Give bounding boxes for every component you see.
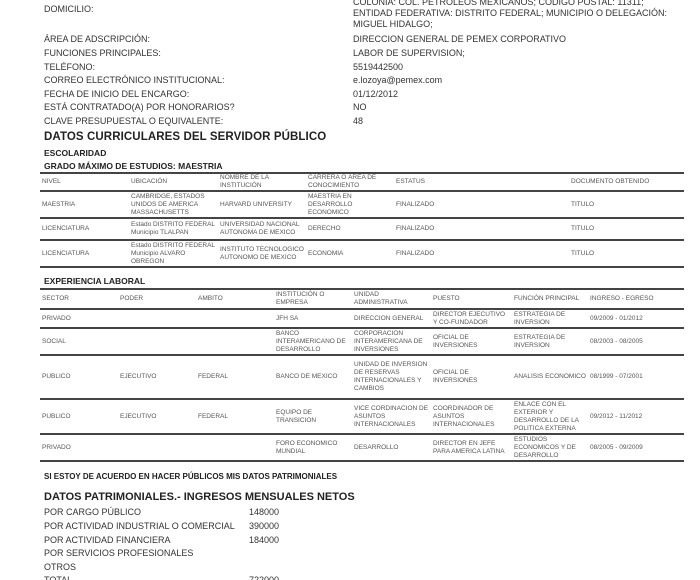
income-label: POR ACTIVIDAD FINANCIERA: [44, 535, 171, 545]
cell: [482, 240, 569, 267]
column-header: AMBITO: [196, 289, 274, 309]
column-header: SECTOR: [40, 289, 118, 309]
cell: EQUIPO DE TRANSICION: [274, 399, 352, 434]
subsection-escolaridad: ESCOLARIDAD: [44, 148, 106, 158]
cell: [118, 328, 196, 355]
column-header: CARRERA O ÁREA DE CONOCIMIENTO: [306, 173, 394, 191]
cell: [196, 309, 274, 328]
cell: CORPORACION INTERAMERICANA DE INVERSIONE…: [352, 328, 431, 355]
field-value-clave: 48: [353, 116, 363, 127]
table-header-row: SECTOR PODER AMBITO INSTITUCIÓN O EMPRES…: [40, 289, 684, 309]
cell: DERECHO: [306, 218, 394, 240]
column-header: DOCUMENTO OBTENIDO: [569, 173, 684, 191]
table-header-row: NIVEL UBICACIÓN NOMBRE DE LA INSTITUCIÓN…: [40, 173, 684, 191]
cell: [482, 218, 569, 240]
column-header: INSTITUCIÓN O EMPRESA: [274, 289, 352, 309]
section-title-patrimonial: DATOS PATRIMONIALES.- INGRESOS MENSUALES…: [44, 491, 355, 503]
cell: DESARROLLO: [352, 434, 431, 461]
column-header: ESTATUS: [394, 173, 482, 191]
field-value-funciones: LABOR DE SUPERVISION;: [353, 48, 465, 59]
cell: PUBLICO: [40, 399, 118, 434]
income-total-label: TOTAL: [44, 575, 72, 580]
cell: [482, 191, 569, 218]
degree-heading: GRADO MÁXIMO DE ESTUDIOS: MAESTRIA: [44, 161, 223, 171]
field-value-area: DIRECCION GENERAL DE PEMEX CORPORATIVO: [353, 34, 566, 45]
field-label-honorarios: ESTÁ CONTRATADO(A) POR HONORARIOS?: [44, 102, 235, 112]
cell: ESTRATEGIA DE INVERSION: [512, 309, 588, 328]
cell: COORDINADOR DE ASUNTOS INTERNACIONALES: [431, 399, 512, 434]
cell: HARVARD UNIVERSITY: [218, 191, 306, 218]
field-label-domicilio: DOMICILIO:: [44, 4, 94, 14]
income-total-value: 722000: [249, 575, 279, 580]
cell: TITULO: [569, 191, 684, 218]
table-row: PRIVADO FORO ECONOMICO MUNDIAL DESARROLL…: [40, 434, 684, 461]
cell: ECONOMIA: [306, 240, 394, 267]
cell: PRIVADO: [40, 434, 118, 461]
cell: UNIVERSIDAD NACIONAL AUTONOMA DE MEXICO: [218, 218, 306, 240]
cell: INSTITUTO TECNOLOGICO AUTONOMO DE MEXICO: [218, 240, 306, 267]
cell: FINALIZADO: [394, 218, 482, 240]
column-header: FUNCIÓN PRINCIPAL: [512, 289, 588, 309]
section-title-experience: EXPERIENCIA LABORAL: [44, 276, 145, 286]
cell: OFICIAL DE INVERSIONES: [431, 328, 512, 355]
cell: BANCO DE MEXICO: [274, 355, 352, 399]
income-label: OTROS: [44, 562, 76, 572]
cell: Estado DISTRITO FEDERAL Municipio ALVARO…: [129, 240, 218, 267]
field-value-domicilio: COLONIA: COL. PETROLEOS MEXICANOS; CODIG…: [353, 0, 667, 30]
cell: PUBLICO: [40, 355, 118, 399]
cell: TITULO: [569, 240, 684, 267]
cell: LICENCIATURA: [40, 240, 129, 267]
field-label-area: ÁREA DE ADSCRIPCIÓN:: [44, 34, 150, 44]
column-header: UBICACIÓN: [129, 173, 218, 191]
domicilio-line: ENTIDAD FEDERATIVA: DISTRITO FEDERAL; MU…: [353, 8, 667, 19]
field-label-funciones: FUNCIONES PRINCIPALES:: [44, 48, 161, 58]
field-label-fecha: FECHA DE INICIO DEL ENCARGO:: [44, 89, 189, 99]
cell: ANALISIS ECONOMICO: [512, 355, 588, 399]
table-row: PUBLICO EJECUTIVO FEDERAL BANCO DE MEXIC…: [40, 355, 684, 399]
cell: DIRECTOR EN JEFE PARA AMERICA LATINA: [431, 434, 512, 461]
field-value-fecha: 01/12/2012: [353, 89, 398, 100]
cell: TITULO: [569, 218, 684, 240]
table-row: SOCIAL BANCO INTERAMERICANO DE DESARROLL…: [40, 328, 684, 355]
cell: [196, 434, 274, 461]
field-value-telefono: 5519442500: [353, 62, 403, 73]
cell: ESTUDIOS ECONOMICOS Y DE DESARROLLO: [512, 434, 588, 461]
cell: DIRECCION GENERAL: [352, 309, 431, 328]
cell: EJECUTIVO: [118, 355, 196, 399]
cell: SOCIAL: [40, 328, 118, 355]
cell: 08/2003 - 08/2005: [588, 328, 684, 355]
cell: ESTRATEGIA DE INVERSION: [512, 328, 588, 355]
cell: PRIVADO: [40, 309, 118, 328]
income-label: POR SERVICIOS PROFESIONALES: [44, 548, 193, 558]
income-value: 390000: [249, 521, 279, 531]
cell: ENLACE CON EL EXTERIOR Y DESARROLLO DE L…: [512, 399, 588, 434]
cell: [118, 309, 196, 328]
cell: VICE CORDINACION DE ASUNTOS INTERNACIONA…: [352, 399, 431, 434]
column-header: NOMBRE DE LA INSTITUCIÓN: [218, 173, 306, 191]
column-header: UNIDAD ADMINISTRATIVA: [352, 289, 431, 309]
table-row: PRIVADO JFH SA DIRECCION GENERAL DIRECTO…: [40, 309, 684, 328]
cell: LICENCIATURA: [40, 218, 129, 240]
column-header: PODER: [118, 289, 196, 309]
cell: [196, 328, 274, 355]
cell: 09/2012 - 11/2012: [588, 399, 684, 434]
column-header: [482, 173, 569, 191]
income-value: 148000: [249, 507, 279, 517]
field-value-correo[interactable]: e.lozoya@pemex.com: [353, 75, 442, 86]
cell: FEDERAL: [196, 399, 274, 434]
column-header: INGRESO - EGRESO: [588, 289, 684, 309]
cell: BANCO INTERAMERICANO DE DESARROLLO: [274, 328, 352, 355]
cell: FEDERAL: [196, 355, 274, 399]
field-label-clave: CLAVE PRESUPUESTAL O EQUIVALENTE:: [44, 116, 223, 126]
cell: MAESTRIA EN DESARROLLO ECONOMICO: [306, 191, 394, 218]
field-label-correo: CORREO ELECTRÓNICO INSTITUCIONAL:: [44, 75, 225, 85]
column-header: PUESTO: [431, 289, 512, 309]
income-label: POR ACTIVIDAD INDUSTRIAL O COMERCIAL: [44, 521, 235, 531]
cell: FINALIZADO: [394, 240, 482, 267]
cell: DIRECTOR EJECUTIVO Y CO-FUNDADOR: [431, 309, 512, 328]
cell: [118, 434, 196, 461]
table-row: LICENCIATURA Estado DISTRITO FEDERAL Mun…: [40, 240, 684, 267]
table-row: MAESTRIA CAMBRIDGE, ESTADOS UNIDOS DE AM…: [40, 191, 684, 218]
cell: FINALIZADO: [394, 191, 482, 218]
consent-statement: SI ESTOY DE ACUERDO EN HACER PÚBLICOS MI…: [44, 472, 337, 481]
cell: OFICIAL DE INVERSIONES: [431, 355, 512, 399]
cell: 08/1999 - 07/2001: [588, 355, 684, 399]
column-header: NIVEL: [40, 173, 129, 191]
cell: CAMBRIDGE, ESTADOS UNIDOS DE AMERICA MAS…: [129, 191, 218, 218]
education-table: NIVEL UBICACIÓN NOMBRE DE LA INSTITUCIÓN…: [40, 172, 684, 268]
table-row: PUBLICO EJECUTIVO FEDERAL EQUIPO DE TRAN…: [40, 399, 684, 434]
income-value: 184000: [249, 535, 279, 545]
cell: Estado DISTRITO FEDERAL Municipio TLALPA…: [129, 218, 218, 240]
domicilio-line: MIGUEL HIDALGO;: [353, 19, 667, 30]
cell: UNIDAD DE INVERSION DE RESERVAS INTERNAC…: [352, 355, 431, 399]
field-value-honorarios: NO: [353, 102, 367, 113]
cell: JFH SA: [274, 309, 352, 328]
experience-table: SECTOR PODER AMBITO INSTITUCIÓN O EMPRES…: [40, 288, 684, 462]
cell: 09/2009 - 01/2012: [588, 309, 684, 328]
cell: FORO ECONOMICO MUNDIAL: [274, 434, 352, 461]
cell: MAESTRIA: [40, 191, 129, 218]
field-label-telefono: TELÉFONO:: [44, 62, 95, 72]
cell: 08/2005 - 09/2009: [588, 434, 684, 461]
table-row: LICENCIATURA Estado DISTRITO FEDERAL Mun…: [40, 218, 684, 240]
income-label: POR CARGO PÚBLICO: [44, 507, 141, 517]
cell: EJECUTIVO: [118, 399, 196, 434]
section-title-curricular: DATOS CURRICULARES DEL SERVIDOR PÚBLICO: [44, 131, 326, 143]
domicilio-line: COLONIA: COL. PETROLEOS MEXICANOS; CODIG…: [353, 0, 667, 8]
